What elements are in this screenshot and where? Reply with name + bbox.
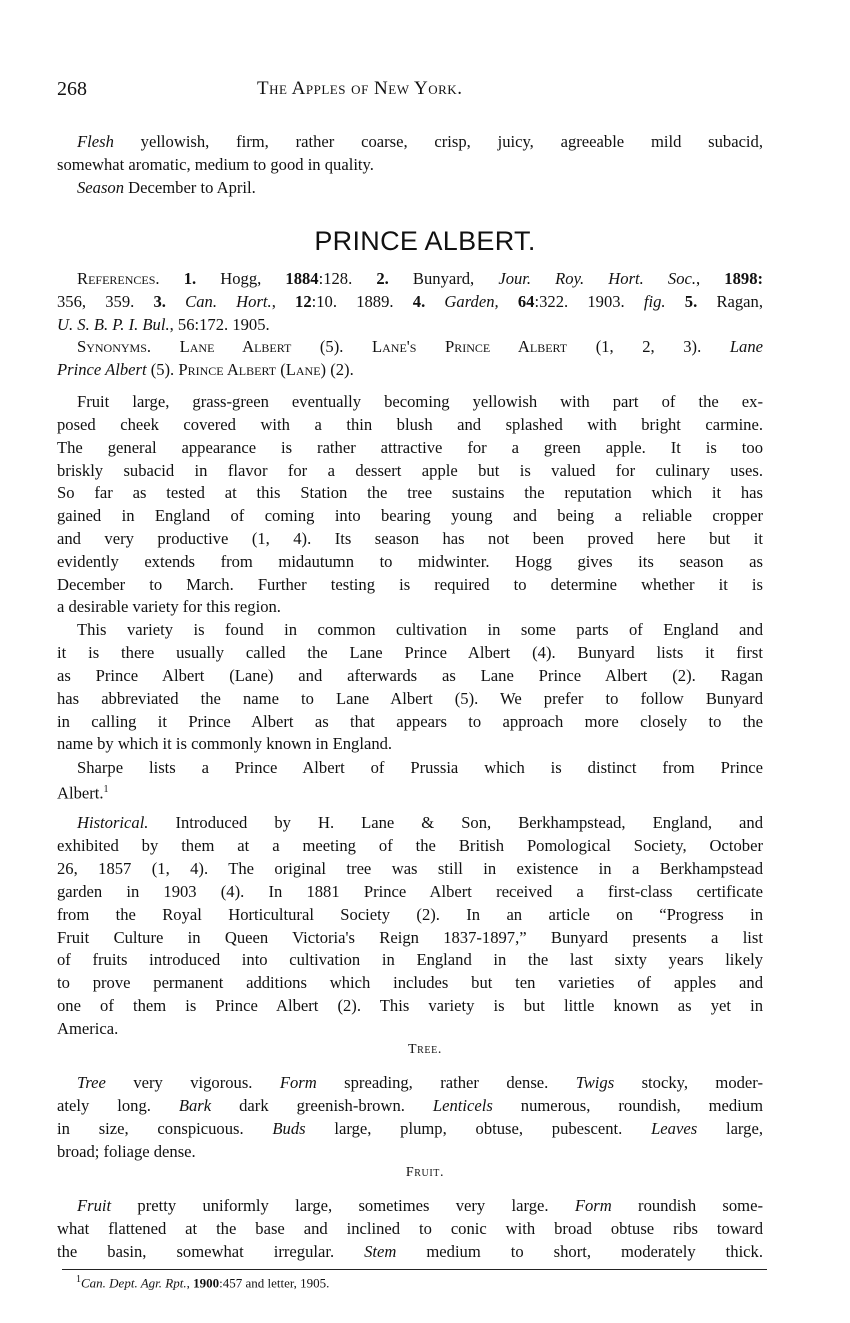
para1-line: gained in England of coming into bearing… [57,505,763,527]
references-line-1: References. 1. Hogg, 1884:128. 2. Bunyar… [77,268,763,290]
para1-line: Fruit large, grass-green eventually beco… [77,391,763,413]
fruit-line-2: what flattened at the base and inclined … [57,1218,763,1240]
variety-title: PRINCE ALBERT. [0,226,850,257]
tree-line-3: in size, conspicuous. Buds large, plump,… [57,1118,763,1140]
season-label: Season [77,178,124,197]
historical-line: from the Royal Horticultural Society (2)… [57,904,763,926]
references-line-3: U. S. B. P. I. Bul., 56:172. 1905. [57,314,763,336]
historical-line: garden in 1903 (4). In 1881 Prince Alber… [57,881,763,903]
fruit-line-3: the basin, somewhat irregular. Stem medi… [57,1241,763,1263]
para1-line: December to March. Further testing is re… [57,574,763,596]
para1-line: posed cheek covered with a thin blush an… [57,414,763,436]
para1-line: a desirable variety for this region. [57,596,763,618]
para1-line: So far as tested at this Station the tre… [57,482,763,504]
para1-line: The general appearance is rather attract… [57,437,763,459]
para3-line-1: Sharpe lists a Prince Albert of Prussia … [77,757,763,779]
season-line: Season December to April. [77,177,763,199]
references-label: References. [77,269,160,288]
running-title: The Apples of New York. [257,78,462,100]
para1-line: and very productive (1, 4). Its season h… [57,528,763,550]
footnote-rule [62,1269,767,1270]
historical-line: to prove permanent additions which inclu… [57,972,763,994]
references-line-2: 356, 359. 3. Can. Hort., 12:10. 1889. 4.… [57,291,763,313]
fruit-heading: Fruit. [0,1165,850,1181]
historical-line: 26, 1857 (1, 4). The original tree was s… [57,858,763,880]
historical-line: exhibited by them at a meeting of the Br… [57,835,763,857]
para3-line-2: Albert.1 [57,779,763,805]
tree-line-1: Tree very vigorous. Form spreading, rath… [77,1072,763,1094]
para2-line: it is there usually called the Lane Prin… [57,642,763,664]
para2-line: This variety is found in common cultivat… [77,619,763,641]
synonyms-line-1: Synonyms. Lane Albert (5). Lane's Prince… [77,336,763,358]
synonyms-line-2: Prince Albert (5). Prince Albert (Lane) … [57,359,763,381]
tree-line-4: broad; foliage dense. [57,1141,763,1163]
footnote-reference: 1 [104,784,109,795]
historical-line-1: Historical. Introduced by H. Lane & Son,… [77,812,763,834]
page-number: 268 [57,78,87,101]
historical-line: one of them is Prince Albert (2). This v… [57,995,763,1017]
book-page: 268 The Apples of New York. Flesh yellow… [0,0,850,1323]
para2-line: name by which it is commonly known in En… [57,733,763,755]
para2-line: has abbreviated the name to Lane Albert … [57,688,763,710]
para1-line: briskly subacid in flavor for a dessert … [57,460,763,482]
para2-line: as Prince Albert (Lane) and afterwards a… [57,665,763,687]
historical-line: America. [57,1018,763,1040]
historical-label: Historical. [77,813,148,832]
running-head: 268 The Apples of New York. [57,78,767,102]
para2-line: in calling it Prince Albert as that appe… [57,711,763,733]
tree-line-2: ately long. Bark dark greenish-brown. Le… [57,1095,763,1117]
flesh-line-2: somewhat aromatic, medium to good in qua… [57,154,763,176]
fruit-line-1: Fruit pretty uniformly large, sometimes … [77,1195,763,1217]
flesh-line-1: Flesh yellowish, firm, rather coarse, cr… [77,131,763,153]
historical-line: Fruit Culture in Queen Victoria's Reign … [57,927,763,949]
flesh-label: Flesh [77,132,114,151]
historical-line: of fruits introduced into cultivation in… [57,949,763,971]
footnote: 1Can. Dept. Agr. Rpt., 1900:457 and lett… [76,1274,329,1291]
para1-line: evidently extends from midautumn to midw… [57,551,763,573]
synonyms-label: Synonyms. [77,337,151,356]
tree-heading: Tree. [0,1042,850,1058]
